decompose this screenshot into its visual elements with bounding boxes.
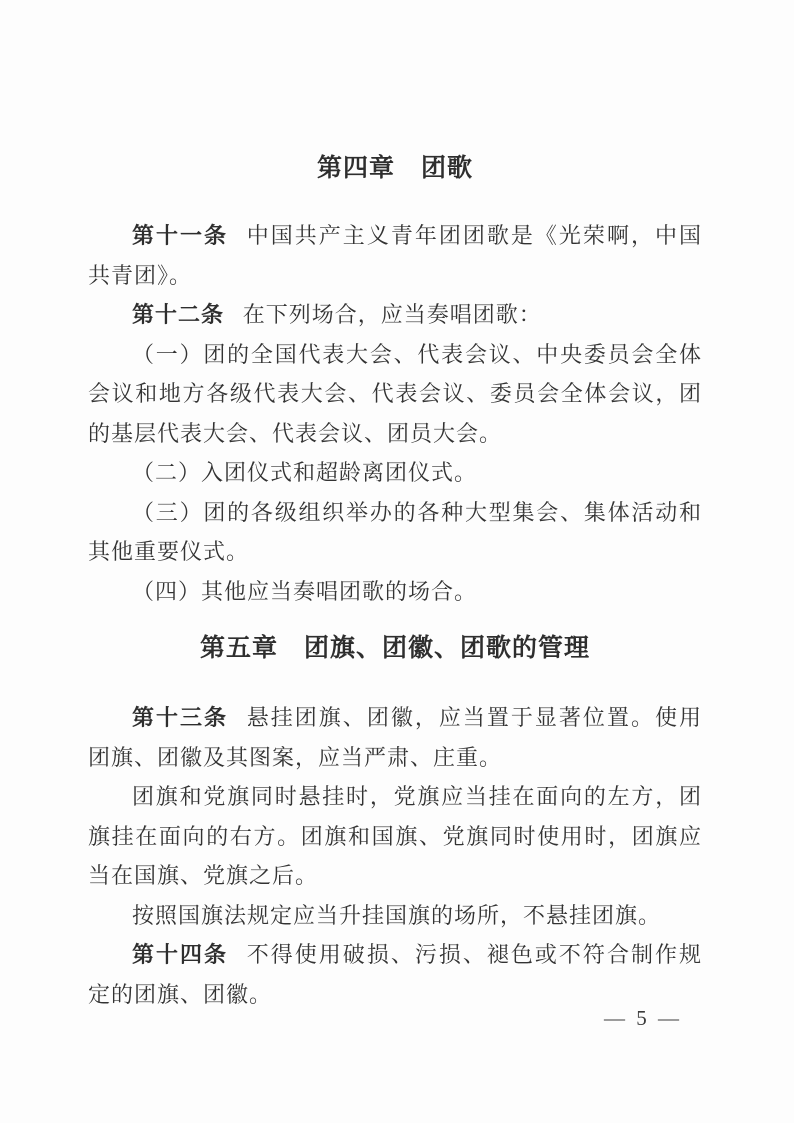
- article-12-item-2: （二）入团仪式和超龄离团仪式。: [88, 453, 702, 493]
- page-number: — 5 —: [604, 1006, 682, 1031]
- document-page: 第四章 团歌 第十一条中国共产主义青年团团歌是《光荣啊，中国共青团》。 第十二条…: [0, 0, 794, 1123]
- article-13-subparagraph-2: 按照国旗法规定应当升挂国旗的场所，不悬挂团旗。: [88, 896, 702, 936]
- chapter-4-heading: 第四章 团歌: [88, 152, 702, 184]
- article-12-label: 第十二条: [132, 302, 224, 327]
- article-13-subparagraph-1: 团旗和党旗同时悬挂时，党旗应当挂在面向的左方，团旗挂在面向的右方。团旗和国旗、党…: [88, 777, 702, 896]
- article-14-label: 第十四条: [132, 942, 228, 967]
- chapter-5-heading: 第五章 团旗、团徽、团歌的管理: [88, 632, 702, 664]
- document-content: 第四章 团歌 第十一条中国共产主义青年团团歌是《光荣啊，中国共青团》。 第十二条…: [88, 152, 702, 1014]
- article-12-paragraph: 第十二条在下列场合，应当奏唱团歌：: [88, 295, 702, 335]
- article-13-label: 第十三条: [132, 705, 228, 730]
- article-13-paragraph: 第十三条悬挂团旗、团徽，应当置于显著位置。使用团旗、团徽及其图案，应当严肃、庄重…: [88, 698, 702, 777]
- article-12-item-1: （一）团的全国代表大会、代表会议、中央委员会全体会议和地方各级代表大会、代表会议…: [88, 335, 702, 454]
- article-12-item-3: （三）团的各级组织举办的各种大型集会、集体活动和其他重要仪式。: [88, 493, 702, 572]
- article-11-label: 第十一条: [132, 223, 228, 248]
- article-11-paragraph: 第十一条中国共产主义青年团团歌是《光荣啊，中国共青团》。: [88, 216, 702, 295]
- article-14-paragraph: 第十四条不得使用破损、污损、褪色或不符合制作规定的团旗、团徽。: [88, 935, 702, 1014]
- article-12-item-4: （四）其他应当奏唱团歌的场合。: [88, 572, 702, 612]
- article-12-text: 在下列场合，应当奏唱团歌：: [243, 302, 542, 327]
